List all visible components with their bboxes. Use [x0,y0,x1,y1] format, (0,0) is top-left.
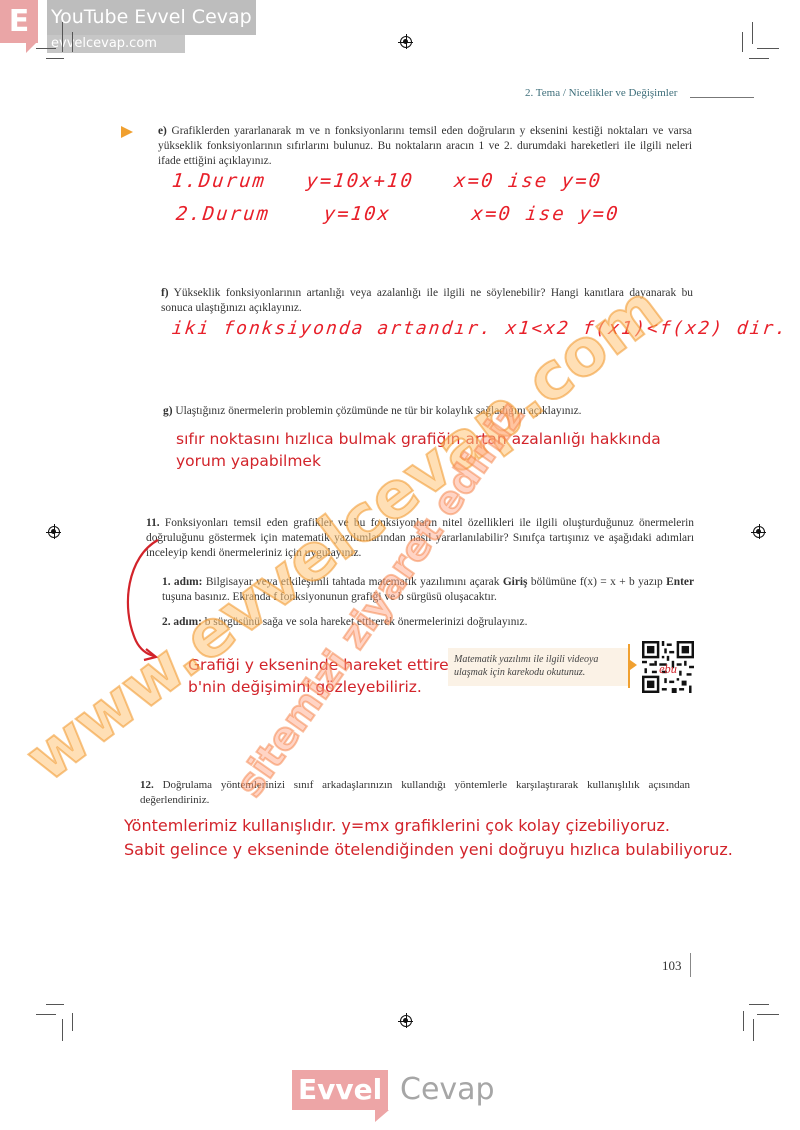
question-text: Fonksiyonları temsil eden grafikler ve b… [146,517,694,559]
case-label: 2.Durum [175,203,271,225]
youtube-channel-label[interactable]: YouTube Evvel Cevap [47,0,256,35]
step-bold: Giriş [503,576,528,588]
brand-logo: E [0,0,38,43]
page-number: 103 [662,958,682,974]
registration-mark-icon [753,526,765,538]
handwritten-answer-e-2: 2.Durum y=10x x=0 ise y=0 [175,203,621,225]
handwritten-answer-f: iki fonksiyonda artandır. x1<x2 f(x1)<f(… [171,318,789,339]
question-label: g) [163,405,173,417]
equation: y=10x [323,203,393,225]
page-number-rule [690,953,691,977]
step-2: 2. adım: b sürgüsünü sağa ve sola hareke… [162,615,694,630]
question-12: 12. Doğrulama yöntemlerinizi sınıf arkad… [140,778,690,808]
brand-logo-tail [26,43,36,53]
section-header: 2. Tema / Nicelikler ve Değişimler [525,87,677,99]
header-rule [690,97,754,98]
curved-arrow-icon [118,536,168,666]
question-11: 11. Fonksiyonları temsil eden grafikler … [146,516,694,561]
condition: x=0 ise y=0 [471,203,621,225]
question-f: f) Yükseklik fonksiyonlarının artanlığı … [161,286,693,316]
step-bold: Enter [666,576,694,588]
play-arrow-icon [121,126,133,138]
step-text: tuşuna basınız. Ekranda f fonksiyonunun … [162,591,497,603]
typed-answer-12-line-1: Yöntemlerimiz kullanışlıdır. y=mx grafik… [124,815,670,837]
qr-code-icon[interactable]: ebu [642,641,694,693]
typed-answer-12-line-2: Sabit gelince y ekseninde ötelendiğinden… [124,839,733,861]
registration-mark-icon [400,36,412,48]
registration-mark-icon [400,1015,412,1027]
video-note: Matematik yazılımı ile ilgili videoya ul… [448,648,628,686]
footer-logo-evvel: Evvel [292,1070,388,1110]
footer-logo-cevap: Cevap [400,1070,495,1110]
svg-text:ebu: ebu [659,662,677,676]
handwritten-answer-e-1: 1.Durum y=10x+10 x=0 ise y=0 [171,170,603,192]
step-1: 1. adım: Bilgisayar veya etkileşimli tah… [162,575,694,605]
registration-mark-icon [48,526,60,538]
question-text: Ulaştığınız önermelerin problemin çözümü… [175,405,581,417]
question-text: Yükseklik fonksiyonlarının artanlığı vey… [161,287,693,314]
step-label: 1. adım: [162,576,202,588]
step-text: bölümüne f(x) = x + b yazıp [528,576,667,588]
question-e: e) Grafiklerden yararlanarak m ve n fonk… [158,124,692,169]
note-pointer-icon [630,660,637,670]
question-text: Grafiklerden yararlanarak m ve n fonksiy… [158,125,692,167]
question-label: 11. [146,517,160,529]
typed-answer-g: sıfır noktasını hızlıca bulmak grafiğin … [176,428,696,472]
footer-logo-tail [375,1110,389,1122]
condition: x=0 ise y=0 [453,170,603,192]
step-text: Bilgisayar veya etkileşimli tahtada mate… [206,576,503,588]
question-label: 12. [140,779,154,791]
question-label: f) [161,287,169,299]
site-link[interactable]: evvelcevap.com [47,35,185,53]
step-text: b sürgüsünü sağa ve sola hareket ettirer… [205,616,528,628]
question-label: e) [158,125,167,137]
question-g: g) Ulaştığınız önermelerin problemin çöz… [163,404,693,419]
case-label: 1.Durum [171,170,267,192]
question-text: Doğrulama yöntemlerinizi sınıf arkadaşla… [140,779,690,806]
equation: y=10x+10 [305,170,415,192]
